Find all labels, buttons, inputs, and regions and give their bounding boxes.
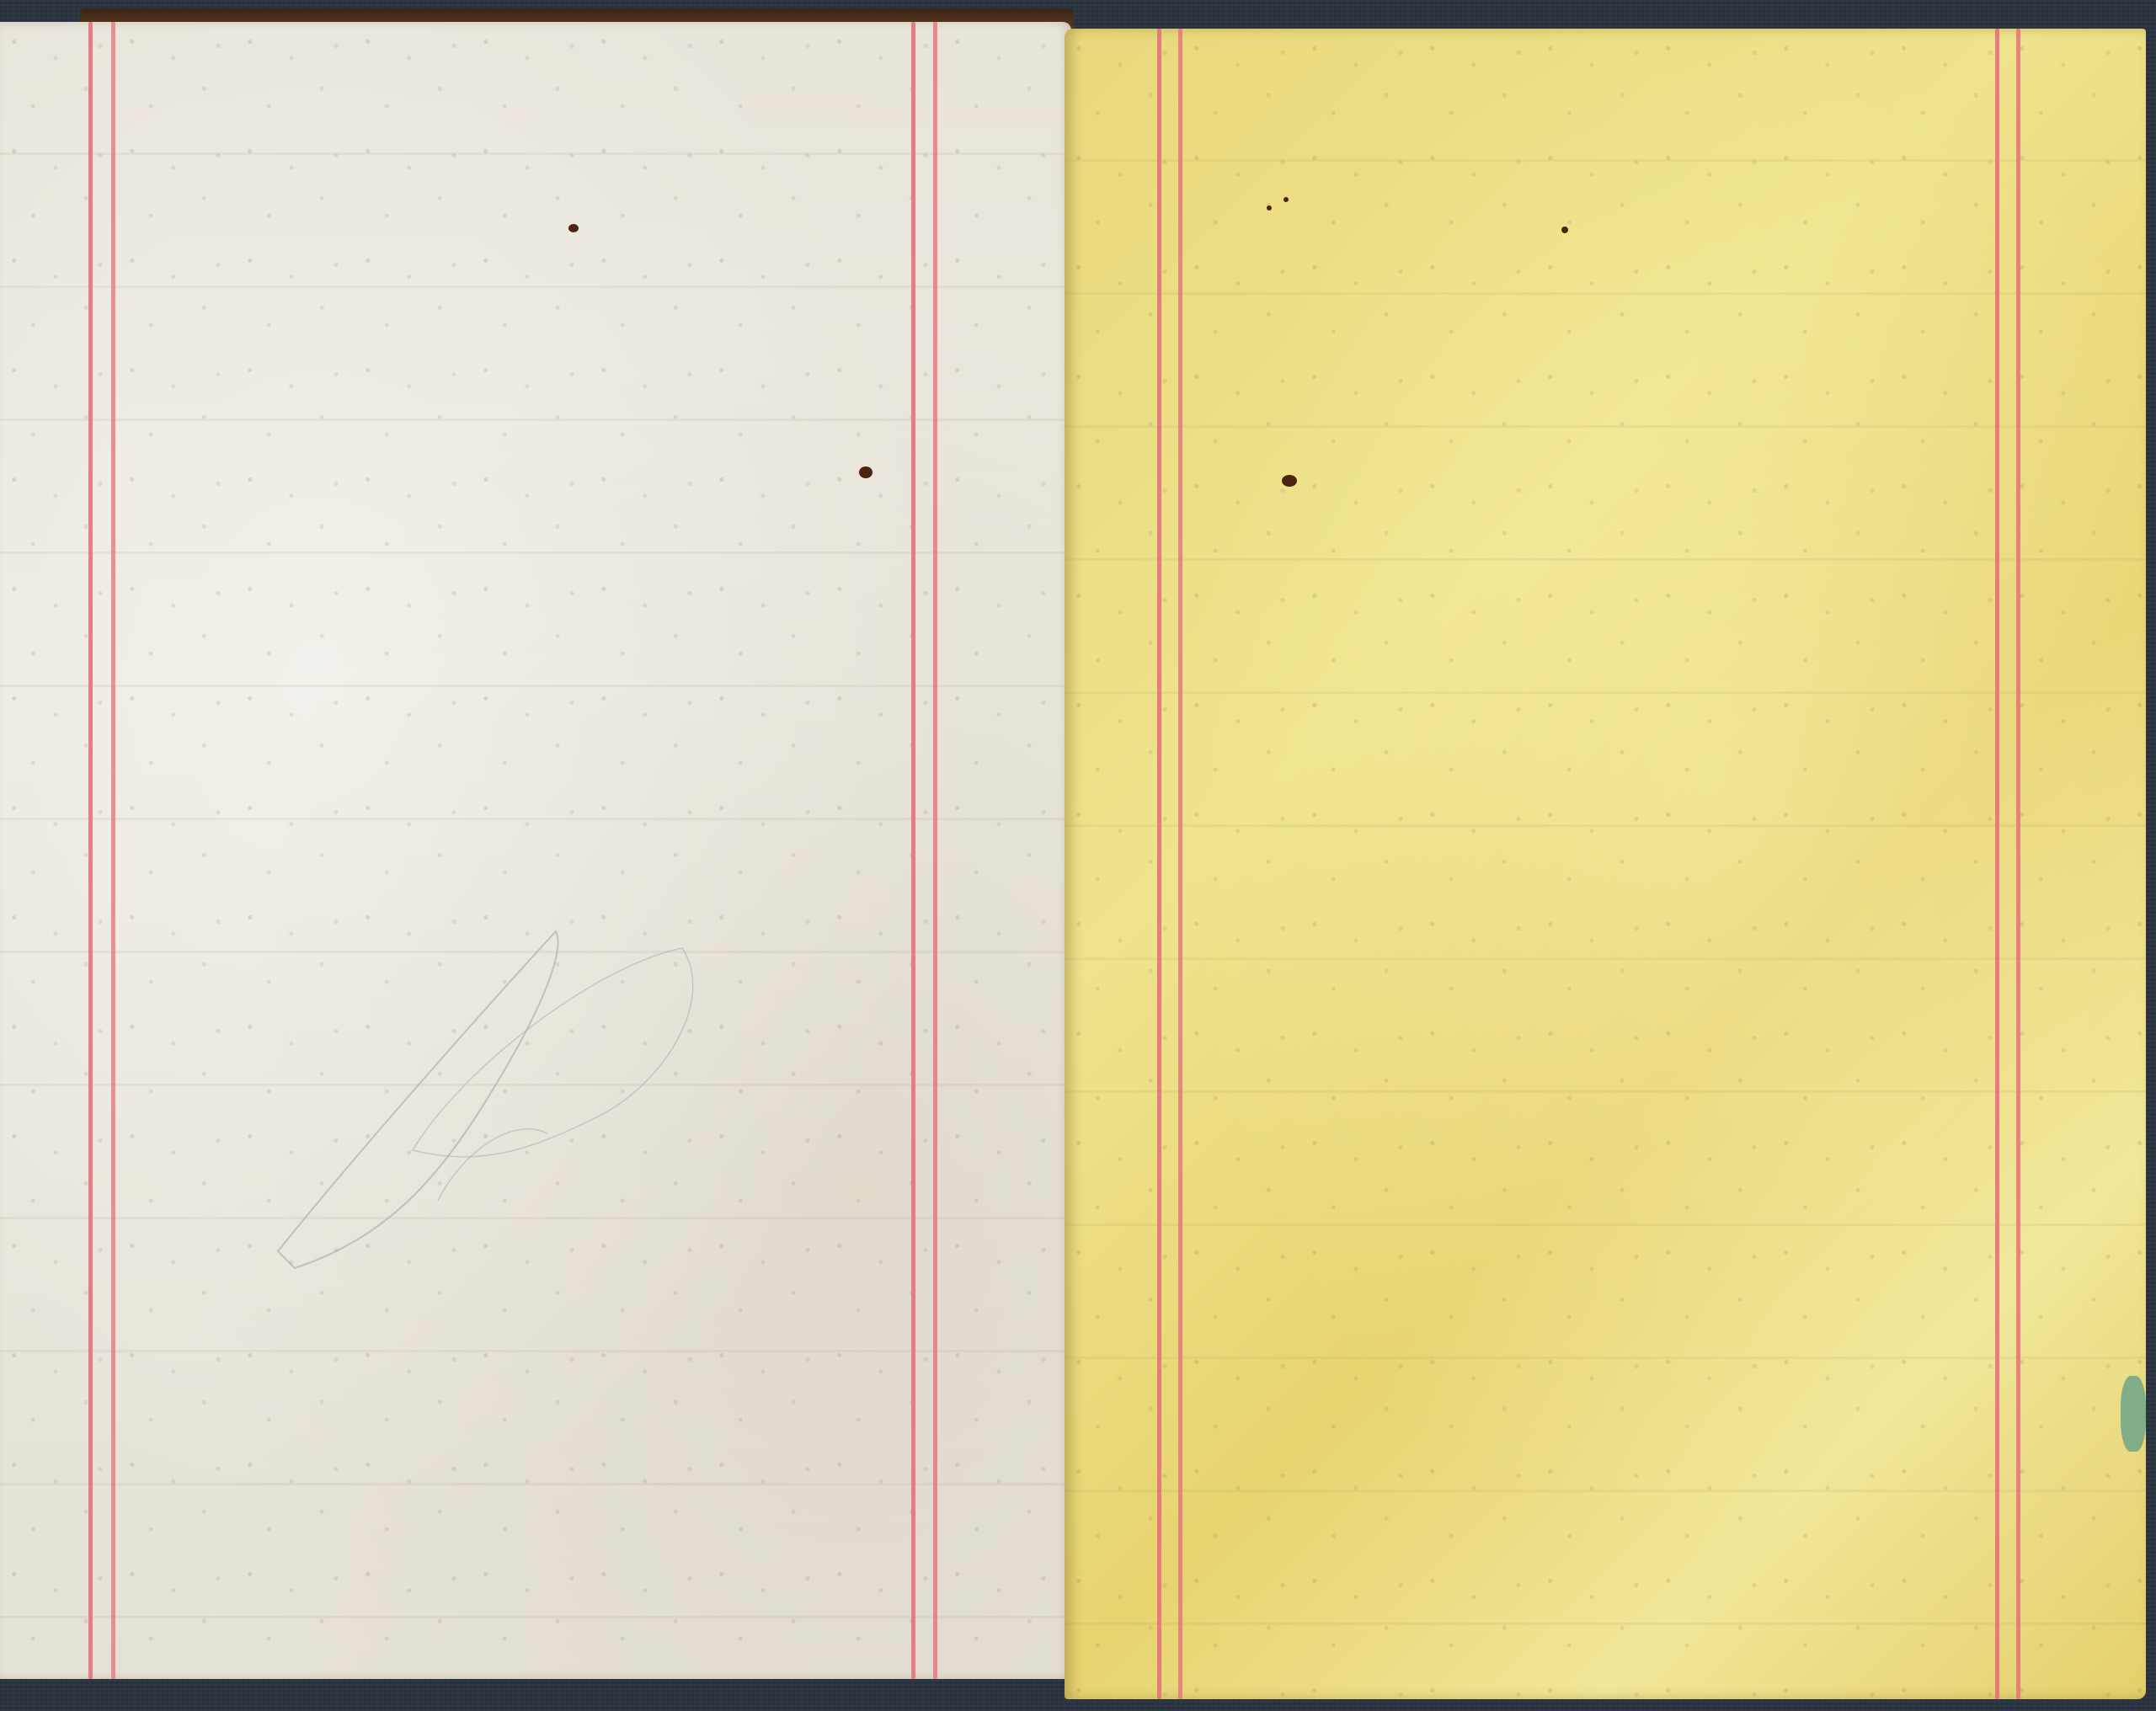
left-page xyxy=(0,22,1071,1679)
wormhole xyxy=(1283,197,1289,202)
paper-texture xyxy=(1065,29,2146,1699)
right-page xyxy=(1065,29,2146,1699)
wormhole xyxy=(859,466,873,478)
blue-stain xyxy=(2121,1376,2146,1452)
left-margin-rule-outer xyxy=(1157,29,1161,1699)
pencil-scribble xyxy=(244,898,716,1285)
right-margin-rule-outer xyxy=(2016,29,2020,1699)
wormhole xyxy=(1561,227,1568,233)
wormhole xyxy=(568,224,579,232)
left-margin-rule-inner xyxy=(1178,29,1182,1699)
left-margin-rule-outer xyxy=(88,22,93,1679)
right-margin-rule-inner xyxy=(911,22,915,1679)
left-margin-rule-inner xyxy=(111,22,115,1679)
wormhole xyxy=(1267,205,1272,211)
wormhole xyxy=(1282,475,1297,487)
right-margin-rule-inner xyxy=(1995,29,1999,1699)
right-margin-rule-outer xyxy=(933,22,937,1679)
